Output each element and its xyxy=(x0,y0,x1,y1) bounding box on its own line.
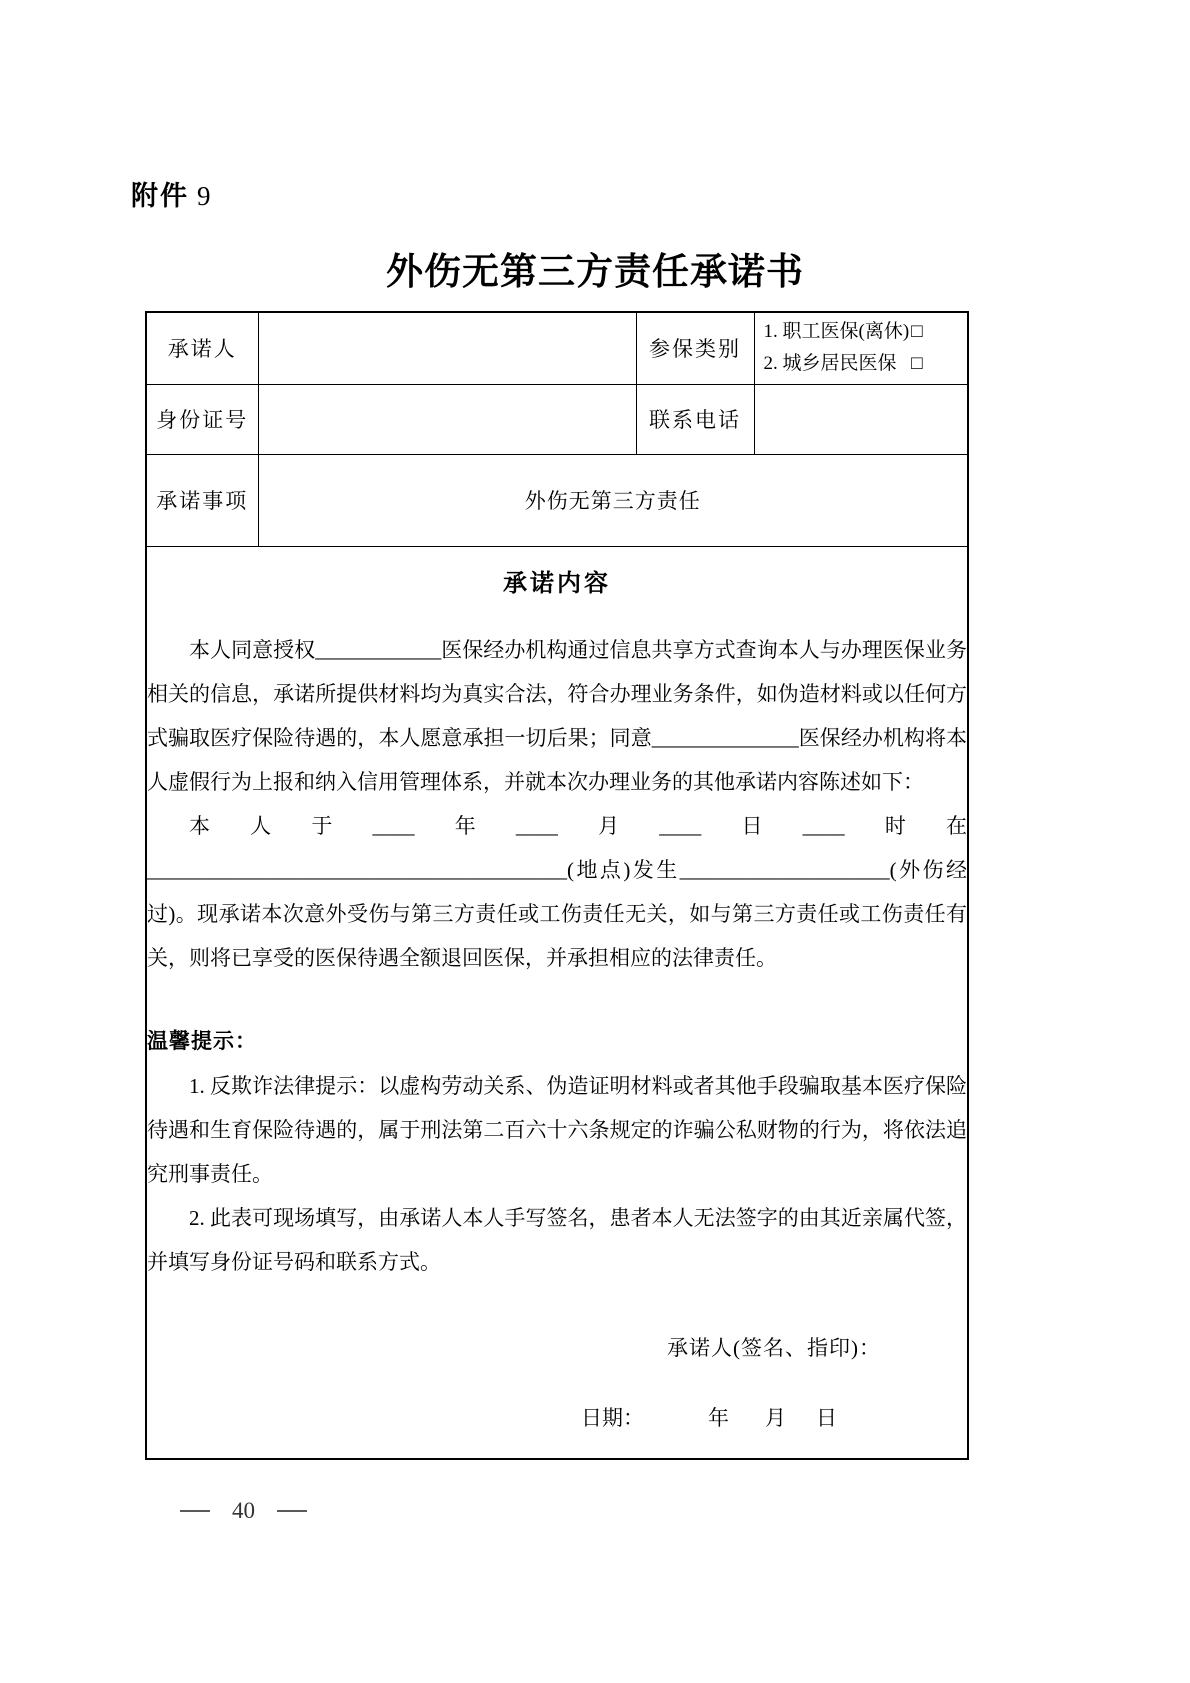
promisor-label-cell: 承诺人 xyxy=(146,312,258,384)
attachment-label: 附件 xyxy=(131,181,189,211)
attachment-heading: 附件9 xyxy=(131,180,211,212)
attachment-number: 9 xyxy=(197,181,211,211)
insurance-options: 1. 职工医保(离休) □ 2. 城乡居民医保 □ xyxy=(755,319,968,377)
insurance-type-label: 参保类别 xyxy=(649,337,741,361)
table-row: 承诺事项 外伤无第三方责任 xyxy=(146,454,968,546)
date-year-label: 年 xyxy=(708,1404,729,1432)
injury-statement-paragraph: 本人于____年____月____日____时在________________… xyxy=(147,804,967,980)
table-row: 承诺人 参保类别 1. 职工医保(离休) □ 2. 城乡居民医保 □ xyxy=(146,312,968,384)
page-number: 40 xyxy=(232,1498,255,1524)
phone-input-cell[interactable] xyxy=(754,384,968,454)
signature-label: 承诺人(签名、指印)： xyxy=(667,1336,881,1360)
page-footer: 40 xyxy=(180,1498,307,1524)
signature-row: 承诺人(签名、指印)： xyxy=(147,1334,967,1362)
page-title: 外伤无第三方责任承诺书 xyxy=(0,241,1190,295)
option-resident-insurance-label: 2. 城乡居民医保 xyxy=(764,351,910,377)
option-resident-insurance-checkbox[interactable]: □ xyxy=(911,351,922,377)
authorization-paragraph: 本人同意授权____________医保经办机构通过信息共享方式查询本人与办理医… xyxy=(147,628,967,804)
tips-title: 温馨提示： xyxy=(147,1020,967,1064)
insurance-type-label-cell: 参保类别 xyxy=(636,312,754,384)
phone-label: 联系电话 xyxy=(649,408,741,432)
content-heading: 承诺内容 xyxy=(147,563,967,598)
footer-dash xyxy=(180,1510,210,1512)
commitment-item-value-cell: 外伤无第三方责任 xyxy=(258,454,968,546)
option-employee-insurance-checkbox[interactable]: □ xyxy=(911,319,922,345)
option-employee-insurance-label: 1. 职工医保(离休) xyxy=(764,319,910,345)
date-day-label: 日 xyxy=(816,1404,837,1432)
date-row: 日期： 年 月 日 xyxy=(147,1404,967,1432)
commitment-item-label-cell: 承诺事项 xyxy=(146,454,258,546)
commitment-item-label: 承诺事项 xyxy=(156,489,248,513)
promisor-input-cell[interactable] xyxy=(258,312,636,384)
tips-block: 温馨提示： 1. 反欺诈法律提示：以虚构劳动关系、伪造证明材料或者其他手段骗取基… xyxy=(147,1020,967,1284)
table-row: 身份证号 联系电话 xyxy=(146,384,968,454)
table-row: 承诺内容 本人同意授权____________医保经办机构通过信息共享方式查询本… xyxy=(146,546,968,1459)
commitment-form-table: 承诺人 参保类别 1. 职工医保(离休) □ 2. 城乡居民医保 □ xyxy=(145,311,969,1460)
phone-label-cell: 联系电话 xyxy=(636,384,754,454)
tip-anti-fraud: 1. 反欺诈法律提示：以虚构劳动关系、伪造证明材料或者其他手段骗取基本医疗保险待… xyxy=(147,1064,967,1196)
commitment-item-value: 外伤无第三方责任 xyxy=(525,489,701,513)
date-label: 日期： xyxy=(581,1404,644,1432)
id-number-label: 身份证号 xyxy=(156,408,248,432)
footer-dash xyxy=(277,1510,307,1512)
id-number-label-cell: 身份证号 xyxy=(146,384,258,454)
id-number-input-cell[interactable] xyxy=(258,384,636,454)
commitment-content-cell: 承诺内容 本人同意授权____________医保经办机构通过信息共享方式查询本… xyxy=(146,546,968,1459)
document-page: 附件9 外伤无第三方责任承诺书 承诺人 参保类别 1. 职工医保(离休) xyxy=(0,0,1190,1683)
insurance-options-cell: 1. 职工医保(离休) □ 2. 城乡居民医保 □ xyxy=(754,312,968,384)
commitment-body: 本人同意授权____________医保经办机构通过信息共享方式查询本人与办理医… xyxy=(147,628,967,980)
tip-fill-in: 2. 此表可现场填写，由承诺人本人手写签名，患者本人无法签字的由其近亲属代签，并… xyxy=(147,1196,967,1284)
promisor-label: 承诺人 xyxy=(168,337,237,361)
date-month-label: 月 xyxy=(765,1404,786,1432)
